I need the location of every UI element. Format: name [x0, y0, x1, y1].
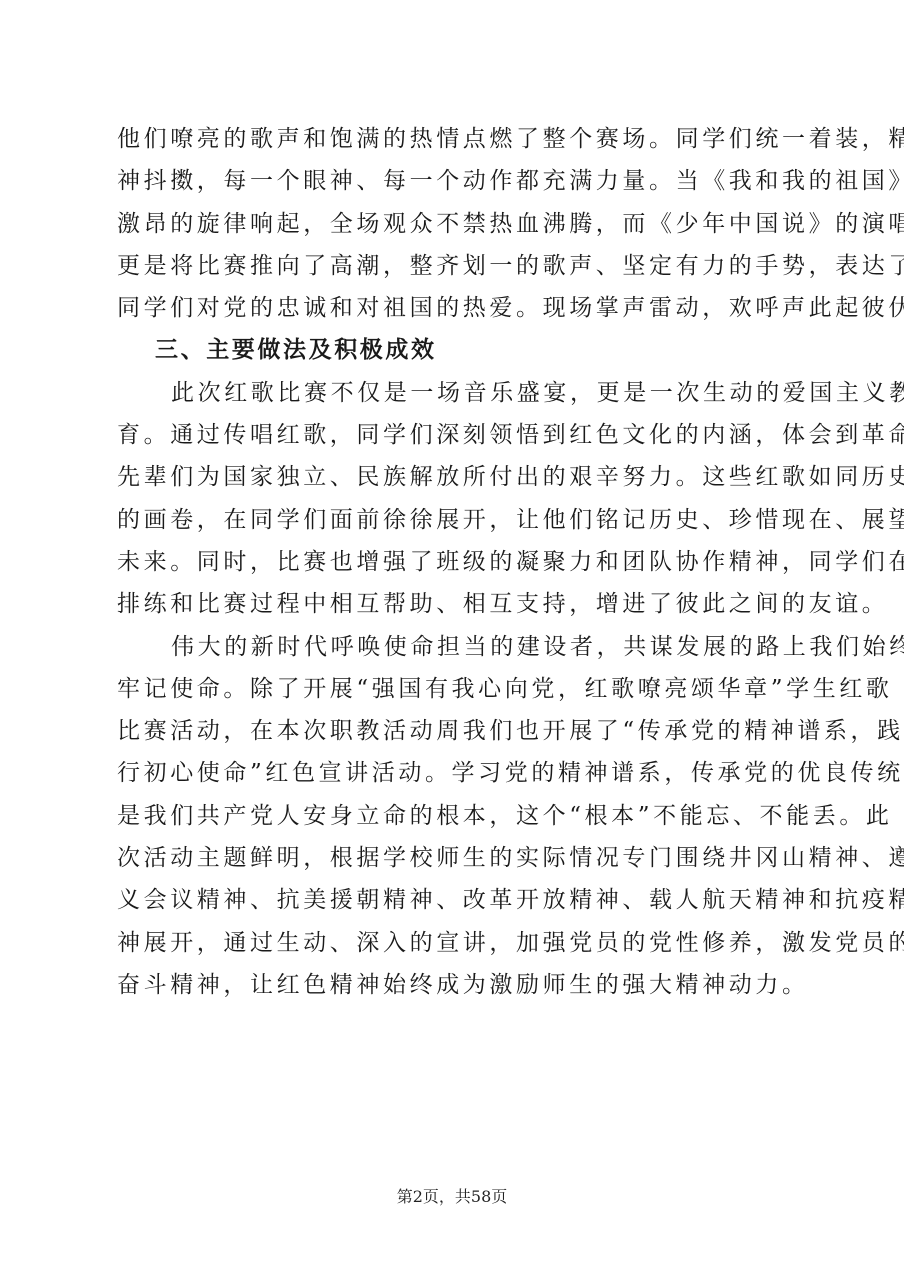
text-line: 行初心使命”红色宣讲活动。学习党的精神谱系，传承党的优良传统	[117, 752, 769, 794]
text-line: 同学们对党的忠诚和对祖国的热爱。现场掌声雷动，欢呼声此起彼伏。	[117, 287, 769, 329]
text-line: 的画卷，在同学们面前徐徐展开，让他们铭记历史、珍惜现在、展望	[117, 499, 769, 541]
text-line: 排练和比赛过程中相互帮助、相互支持，增进了彼此之间的友谊。	[117, 583, 769, 625]
text-line: 牢记使命。除了开展“强国有我心向党，红歌嘹亮颂华章”学生红歌	[117, 668, 769, 710]
heading-text: 三、主要做法及积极成效	[117, 329, 769, 371]
paragraph-red-song-significance: 此次红歌比赛不仅是一场音乐盛宴，更是一次生动的爱国主义教 育。通过传唱红歌，同学…	[117, 372, 769, 626]
document-page: 他们嘹亮的歌声和饱满的热情点燃了整个赛场。同学们统一着装，精 神抖擞，每一个眼神…	[0, 0, 904, 1280]
paragraph-red-lecture-activity: 伟大的新时代呼唤使命担当的建设者，共谋发展的路上我们始终 牢记使命。除了开展“强…	[117, 626, 769, 1007]
text-line: 激昂的旋律响起，全场观众不禁热血沸腾，而《少年中国说》的演唱	[117, 203, 769, 245]
text-line: 神抖擞，每一个眼神、每一个动作都充满力量。当《我和我的祖国》	[117, 160, 769, 202]
text-line: 此次红歌比赛不仅是一场音乐盛宴，更是一次生动的爱国主义教	[117, 372, 769, 414]
section-heading: 三、主要做法及积极成效	[117, 329, 769, 371]
document-body: 他们嘹亮的歌声和饱满的热情点燃了整个赛场。同学们统一着装，精 神抖擞，每一个眼神…	[117, 118, 769, 1006]
text-line: 先辈们为国家独立、民族解放所付出的艰辛努力。这些红歌如同历史	[117, 456, 769, 498]
text-line: 是我们共产党人安身立命的根本，这个“根本”不能忘、不能丢。此	[117, 795, 769, 837]
paragraph-continuation: 他们嘹亮的歌声和饱满的热情点燃了整个赛场。同学们统一着装，精 神抖擞，每一个眼神…	[117, 118, 769, 329]
text-line: 次活动主题鲜明，根据学校师生的实际情况专门围绕井冈山精神、遵	[117, 837, 769, 879]
text-line: 比赛活动，在本次职教活动周我们也开展了“传承党的精神谱系，践	[117, 710, 769, 752]
text-line: 未来。同时，比赛也增强了班级的凝聚力和团队协作精神，同学们在	[117, 541, 769, 583]
text-line: 伟大的新时代呼唤使命担当的建设者，共谋发展的路上我们始终	[117, 626, 769, 668]
text-line: 义会议精神、抗美援朝精神、改革开放精神、载人航天精神和抗疫精	[117, 879, 769, 921]
text-line: 育。通过传唱红歌，同学们深刻领悟到红色文化的内涵，体会到革命	[117, 414, 769, 456]
text-line: 神展开，通过生动、深入的宣讲，加强党员的党性修养，激发党员的	[117, 922, 769, 964]
text-line: 奋斗精神，让红色精神始终成为激励师生的强大精神动力。	[117, 964, 769, 1006]
text-line: 他们嘹亮的歌声和饱满的热情点燃了整个赛场。同学们统一着装，精	[117, 118, 769, 160]
page-number-footer: 第2页，共58页	[0, 1184, 904, 1207]
text-line: 更是将比赛推向了高潮，整齐划一的歌声、坚定有力的手势，表达了	[117, 245, 769, 287]
